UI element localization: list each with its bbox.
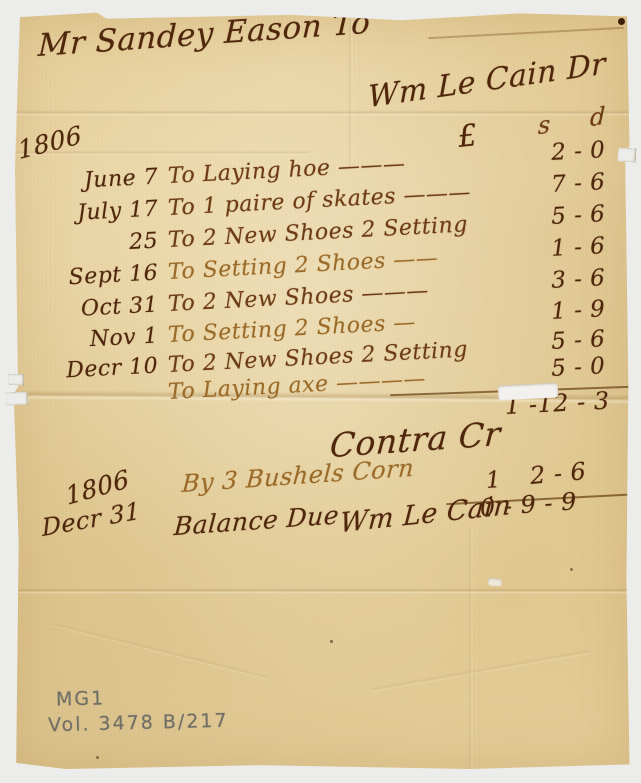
fold-crease (10, 588, 632, 594)
entry-date: Oct 31 (26, 293, 159, 325)
balance-amount: 0 - 9 - 9 (479, 487, 578, 522)
entry-description: To Laying hoe ——— (167, 152, 406, 189)
entry-date: July 17 (26, 197, 159, 229)
fold-crease (468, 528, 473, 772)
year-label: 1806 (16, 120, 84, 165)
wrinkle (53, 621, 268, 680)
creditor-title: Wm Le Cain Dr (368, 46, 606, 115)
entry-amount: 5 - 0 (551, 353, 606, 382)
ink-stroke (428, 27, 624, 39)
scan-background: Mr Sandey Eason To Wm Le Cain Dr £ s d 1… (0, 0, 641, 783)
entry-amount: 1 - 9 (551, 296, 606, 325)
paper-speck (570, 568, 573, 571)
debtor-title: Mr Sandey Eason To (37, 5, 371, 64)
currency-shillings-label: s (538, 110, 552, 140)
wrinkle (371, 649, 589, 693)
archival-note-line1: MG1 (56, 687, 106, 710)
edge-tear (6, 391, 29, 405)
entry-amount: 3 - 6 (551, 265, 606, 294)
paper-tear (498, 382, 559, 400)
contra-credit-description: By 3 Bushels Corn (181, 454, 415, 498)
archival-note-line2: Vol. 3478 B/217 (48, 710, 229, 737)
entry-amount: 7 - 6 (551, 169, 606, 198)
contra-credit-pounds: 1 (485, 467, 502, 494)
balance-label: Balance Due (173, 500, 340, 541)
paper-speck (96, 756, 99, 759)
paper-tear (488, 577, 503, 586)
contra-credit-amount: 2 - 6 (529, 457, 588, 490)
ink-blot (618, 18, 625, 25)
edge-tear (8, 374, 24, 386)
entry-amount: 5 - 6 (551, 201, 606, 230)
ledger-paper: Mr Sandey Eason To Wm Le Cain Dr £ s d 1… (10, 8, 632, 772)
entry-amount: 1 - 6 (551, 233, 606, 262)
entry-amount: 5 - 6 (551, 326, 606, 355)
entry-date: Sept 16 (26, 261, 159, 293)
entry-date: 25 (26, 229, 159, 261)
edge-tear (618, 148, 637, 163)
paper-speck (330, 640, 333, 643)
currency-pence-label: d (590, 102, 607, 133)
entry-amount: 2 - 0 (551, 137, 606, 166)
entry-date: June 7 (26, 165, 159, 197)
